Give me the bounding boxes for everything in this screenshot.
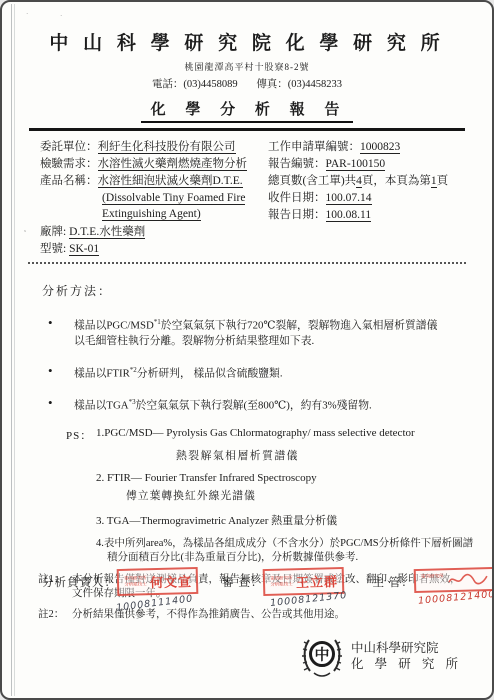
institute-name-line1: 中山科學研究院 bbox=[351, 640, 462, 656]
report-header: 中 山 科 學 研 究 院 化 學 研 究 所 桃園龍潭高平村十股寮8-2號 電… bbox=[2, 2, 492, 123]
model-label: 型號: bbox=[40, 243, 66, 255]
work-order-value: 1000823 bbox=[360, 141, 400, 154]
receive-date-label: 收件日期： bbox=[268, 192, 326, 204]
ps-footnotes: PS： 1.PGC/MSD— Pyrolysis Gas Chlormatogr… bbox=[66, 427, 492, 565]
product-english-line2: Extinguishing Agent) bbox=[102, 206, 268, 222]
footnote-ref: *2 bbox=[130, 366, 137, 374]
info-block: 委託單位：利紆生化科技股份有限公司 檢驗需求：水溶性滅火藥劑燃燒產物分析 產品名… bbox=[40, 139, 470, 258]
page-count-row: 總頁數(含工單)共4頁，本頁為第1頁 bbox=[268, 173, 470, 190]
product-row: 產品名稱：水溶性細泡狀滅火藥劑D.T.E. bbox=[40, 173, 268, 190]
report-number-label: 報告編號： bbox=[268, 158, 326, 170]
product-label: 產品名稱： bbox=[40, 175, 98, 187]
client-row: 委託單位：利紆生化科技股份有限公司 bbox=[40, 139, 268, 156]
request-row: 檢驗需求：水溶性滅火藥劑燃燒產物分析 bbox=[40, 156, 268, 173]
ps-item2-chinese: 傅立葉轉換紅外線光譜儀 bbox=[126, 488, 492, 503]
ps-item1-chinese: 熱裂解氣相層析質譜儀 bbox=[176, 448, 492, 463]
client-label: 委託單位： bbox=[40, 141, 98, 153]
org-address: 桃園龍潭高平村十股寮8-2號 bbox=[2, 60, 492, 73]
footnote-ref: *3 bbox=[129, 398, 136, 406]
institute-logo-block: 中 中山科學研究院 化 學 研 究 所 bbox=[299, 634, 462, 678]
brand-value: D.T.E.水性藥劑 bbox=[69, 226, 145, 239]
fax-number: 傳真：(03)4458233 bbox=[256, 79, 342, 90]
request-label: 檢驗需求： bbox=[40, 158, 98, 170]
institute-name-line2: 化 學 研 究 所 bbox=[351, 656, 462, 672]
ps-item4: 4.表中所列area%，為樣品各組成成分（不含水分）於PGC/MS分析條件下層析… bbox=[96, 537, 479, 565]
org-title: 中 山 科 學 研 究 院 化 學 研 究 所 bbox=[2, 28, 492, 55]
method-item-tga: • 樣品以TGA*3於空氣氣氛下執行裂解(至800℃)，約有3%殘留物. bbox=[48, 395, 466, 414]
section-divider bbox=[28, 262, 466, 264]
model-row: 型號: SK-01 bbox=[40, 241, 268, 258]
brand-row: 廠牌: D.T.E.水性藥劑 bbox=[40, 224, 268, 241]
svg-text:中: 中 bbox=[314, 647, 329, 664]
report-date-value: 100.08.11 bbox=[326, 209, 372, 222]
brand-label: 廠牌: bbox=[40, 226, 66, 238]
note-2-label: 註2： bbox=[38, 608, 72, 622]
report-page: · · ˣ 中 山 科 學 研 究 院 化 學 研 究 所 桃園龍潭高平村十股寮… bbox=[0, 0, 494, 700]
work-order-label: 工作申請單編號： bbox=[268, 141, 360, 153]
client-value: 利紆生化科技股份有限公司 bbox=[98, 141, 236, 154]
illegible-signature-scribble bbox=[447, 571, 489, 588]
review-label: 審 查： bbox=[222, 568, 263, 590]
manager-label: 主 管： bbox=[372, 568, 413, 590]
method-item-ftir: • 樣品以FTIR*2分析研判， 樣品似含硫酸鹽類. bbox=[48, 363, 466, 382]
scan-edge-line bbox=[11, 4, 15, 696]
analyst-stamp: 第四研究所 分析組技士 何文宣 bbox=[117, 567, 199, 596]
manager-signature: 主 管： 第四研究所 10008121400R bbox=[372, 568, 494, 595]
pencil-mark: · bbox=[60, 12, 62, 20]
contact-line: 電話：(03)4458089 傳真：(03)4458233 bbox=[2, 76, 492, 91]
methods-list: • 樣品以PGC/MSD*1於空氣氣氛下執行720℃裂解，裂解物進入氣相層析質譜… bbox=[2, 315, 492, 414]
product-value: 水溶性細泡狀滅火藥劑D.T.E. bbox=[98, 175, 243, 188]
report-number-value: PAR-100150 bbox=[326, 158, 386, 171]
header-divider bbox=[29, 128, 465, 131]
note-2: 註2： 分析結果僅供參考，不得作為推銷廣告、公告或其他用途。 bbox=[38, 608, 468, 622]
analyst-stamp-name: 何文宣 bbox=[150, 571, 192, 591]
report-title: 化 學 分 析 報 告 bbox=[141, 98, 354, 123]
ps-item1-english: 1.PGC/MSD— Pyrolysis Gas Chlormatography… bbox=[96, 427, 415, 443]
receive-date-value: 100.07.14 bbox=[326, 192, 372, 205]
method-item-pgcmsd: • 樣品以PGC/MSD*1於空氣氣氛下執行720℃裂解，裂解物進入氣相層析質譜… bbox=[48, 315, 466, 350]
signature-row: 分析負責人： 第四研究所 分析組技士 何文宣 10008111400 審 查： … bbox=[42, 568, 482, 595]
institute-emblem-icon: 中 bbox=[299, 634, 345, 678]
review-signature: 審 查： 第四研究所 分析組技士 王立群 10008121370 bbox=[222, 568, 344, 595]
receive-date-row: 收件日期：100.07.14 bbox=[268, 190, 470, 207]
review-stamp-name: 王立群 bbox=[296, 571, 338, 591]
work-order-row: 工作申請單編號：1000823 bbox=[268, 139, 470, 156]
ps-item3: 3. TGA—Thermogravimetric Analyzer 熱重量分析儀 bbox=[96, 512, 492, 528]
request-value: 水溶性滅火藥劑燃燒產物分析 bbox=[98, 158, 248, 171]
footnote-ref: *1 bbox=[154, 318, 161, 326]
bullet-icon: • bbox=[48, 395, 74, 414]
report-date-label: 報告日期： bbox=[268, 209, 326, 221]
report-date-row: 報告日期：100.08.11 bbox=[268, 207, 470, 224]
model-value: SK-01 bbox=[69, 243, 99, 256]
analyst-signature: 分析負責人： 第四研究所 分析組技士 何文宣 10008111400 bbox=[42, 568, 198, 595]
bullet-icon: • bbox=[48, 315, 74, 350]
analyst-label: 分析負責人： bbox=[42, 568, 117, 590]
info-right-column: 工作申請單編號：1000823 報告編號：PAR-100150 總頁數(含工單)… bbox=[268, 139, 470, 258]
ps-label: PS： bbox=[66, 427, 96, 443]
pencil-mark: ˣ bbox=[24, 228, 26, 236]
phone-number: 電話：(03)4458089 bbox=[152, 79, 238, 90]
info-left-column: 委託單位：利紆生化科技股份有限公司 檢驗需求：水溶性滅火藥劑燃燒產物分析 產品名… bbox=[40, 139, 268, 258]
bullet-icon: • bbox=[48, 363, 74, 382]
ps-item2-english: 2. FTIR— Fourier Transfer Infrared Spect… bbox=[96, 472, 492, 484]
product-english-line1: (Dissolvable Tiny Foamed Fire bbox=[102, 190, 268, 206]
institute-name: 中山科學研究院 化 學 研 究 所 bbox=[351, 640, 462, 672]
pencil-mark: · bbox=[26, 10, 28, 18]
report-number-row: 報告編號：PAR-100150 bbox=[268, 156, 470, 173]
methods-heading: 分析方法： bbox=[42, 282, 492, 299]
